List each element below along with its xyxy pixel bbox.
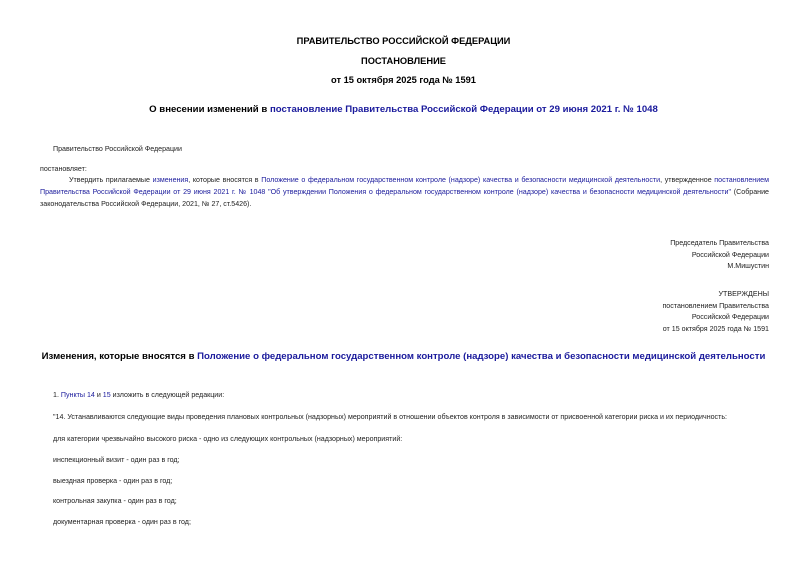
approval-country: Российской Федерации [662,312,769,324]
signature-position: Председатель Правительства [670,238,769,250]
item-1: 1. Пункты 14 и 15 изложить в следующей р… [53,391,224,399]
clause-15-link[interactable]: 15 [103,391,111,399]
authority-heading: ПРАВИТЕЛЬСТВО РОССИЙСКОЙ ФЕДЕРАЦИИ [0,36,807,46]
approval-date-number: от 15 октября 2025 года № 1591 [662,324,769,336]
item-1-rest: изложить в следующей редакции: [111,391,225,399]
body-text-2: , которые вносятся в [188,176,261,184]
document-date-number: от 15 октября 2025 года № 1591 [0,75,807,85]
category-line: для категории чрезвычайно высокого риска… [53,435,402,443]
document-title: О внесении изменений в постановление Пра… [0,104,807,115]
body-text-3: , утвержденное [660,176,714,184]
signature-name: М.Мишустин [670,261,769,273]
approval-by: постановлением Правительства [662,301,769,313]
preamble-issuer: Правительство Российской Федерации [53,145,182,153]
signature-block: Председатель Правительства Российской Фе… [670,238,769,273]
document-type-heading: ПОСТАНОВЛЕНИЕ [0,56,807,66]
measure-item: инспекционный визит - один раз в год; [53,456,180,464]
regulation-link[interactable]: Положение о федеральном государственном … [261,176,660,184]
changes-title-prefix: Изменения, которые вносятся в [42,351,198,362]
item-1-number: 1. [53,391,61,399]
changes-link[interactable]: изменения [153,176,189,184]
measure-item: контрольная закупка - один раз в год; [53,497,177,505]
measure-item: выездная проверка - один раз в год; [53,477,172,485]
signature-country: Российской Федерации [670,250,769,262]
preamble-decides: постановляет: [40,165,87,173]
document-title-prefix: О внесении изменений в [149,104,270,115]
approval-stamp: УТВЕРЖДЕНЫ [662,289,769,301]
changes-regulation-link[interactable]: Положение о федеральном государственном … [197,351,765,362]
item-1-and: и [95,391,103,399]
body-paragraph: Утвердить прилагаемые изменения, которые… [40,174,769,211]
approval-block: УТВЕРЖДЕНЫ постановлением Правительства … [662,289,769,335]
changes-title: Изменения, которые вносятся в Положение … [0,351,807,362]
measure-item: документарная проверка - один раз в год; [53,518,191,526]
clause-14-text: "14. Устанавливаются следующие виды пров… [53,413,727,421]
amended-resolution-link[interactable]: постановление Правительства Российской Ф… [270,104,658,115]
body-text-1: Утвердить прилагаемые [69,176,153,184]
clause-14-link[interactable]: Пункты 14 [61,391,95,399]
